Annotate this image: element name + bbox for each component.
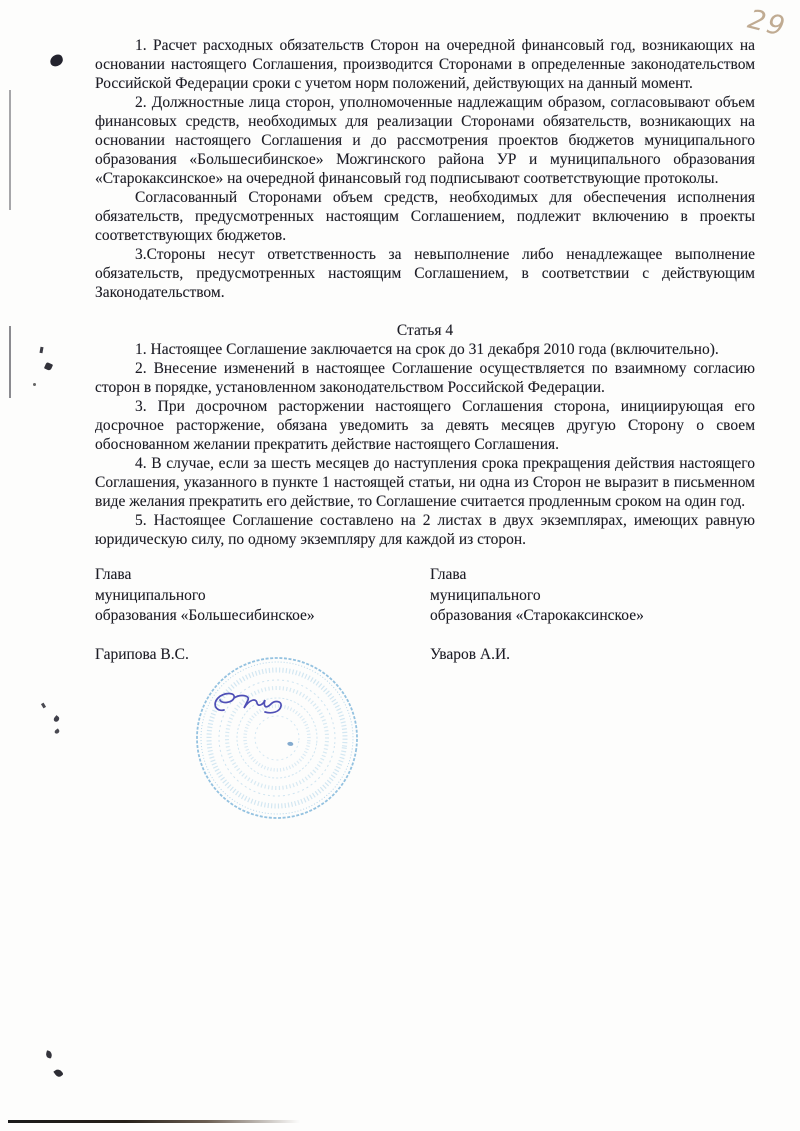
ink-speck xyxy=(53,1068,63,1079)
article-4-item-4: 4. В случае, если за шесть месяцев до на… xyxy=(95,454,755,511)
ink-speck xyxy=(41,703,46,709)
signatory-name-uvarov: Уваров А.И. xyxy=(430,645,755,665)
ink-speck xyxy=(54,728,60,734)
article-4-item-1: 1. Настоящее Соглашение заключается на с… xyxy=(95,340,755,359)
signature-blocks: Глава муниципального образования «Больше… xyxy=(95,565,755,665)
paragraph-2: 2. Должностные лица сторон, уполномоченн… xyxy=(95,93,755,188)
signature-block-bolshesibinskoe: Глава муниципального образования «Больше… xyxy=(95,565,430,665)
ink-speck xyxy=(33,383,36,386)
signatory-title-line: образования «Большесибинское» xyxy=(95,606,430,627)
scan-edge-line xyxy=(9,90,11,210)
signatory-title-line: муниципального xyxy=(95,586,430,607)
signatory-title-line: Глава xyxy=(95,565,430,586)
ink-blot xyxy=(49,53,65,68)
paragraph-3: Согласованный Сторонами объем средств, н… xyxy=(95,188,755,245)
paragraph-4: 3.Стороны несут ответственность за невып… xyxy=(95,245,755,302)
document-page: 29 1. Расчет расходных обязательств Стор… xyxy=(0,0,800,1131)
signature-block-starokaksinskoe: Глава муниципального образования «Старок… xyxy=(430,565,755,665)
signatory-title-line: муниципального xyxy=(430,586,755,607)
ink-speck xyxy=(40,347,44,353)
round-seal-stamp-icon xyxy=(193,654,361,822)
ink-speck xyxy=(53,715,61,723)
signatory-title-line: Глава xyxy=(430,565,755,586)
signatory-title-line: образования «Старокаксинское» xyxy=(430,606,755,627)
article-4-item-5: 5. Настоящее Соглашение составлено на 2 … xyxy=(95,511,755,549)
document-body: 1. Расчет расходных обязательств Сторон … xyxy=(95,36,755,665)
article-4-item-3: 3. При досрочном расторжении настоящего … xyxy=(95,397,755,454)
ink-speck xyxy=(45,1050,53,1058)
article-4-item-2: 2. Внесение изменений в настоящее Соглаш… xyxy=(95,359,755,397)
scan-bottom-edge xyxy=(8,1120,300,1123)
scan-edge-line xyxy=(9,326,11,398)
ink-speck xyxy=(44,362,53,371)
article-4-heading: Статья 4 xyxy=(95,321,755,340)
signatory-name-garipova: Гарипова В.С. xyxy=(95,645,430,665)
handwritten-signature xyxy=(210,686,310,722)
paragraph-1: 1. Расчет расходных обязательств Сторон … xyxy=(95,36,755,93)
